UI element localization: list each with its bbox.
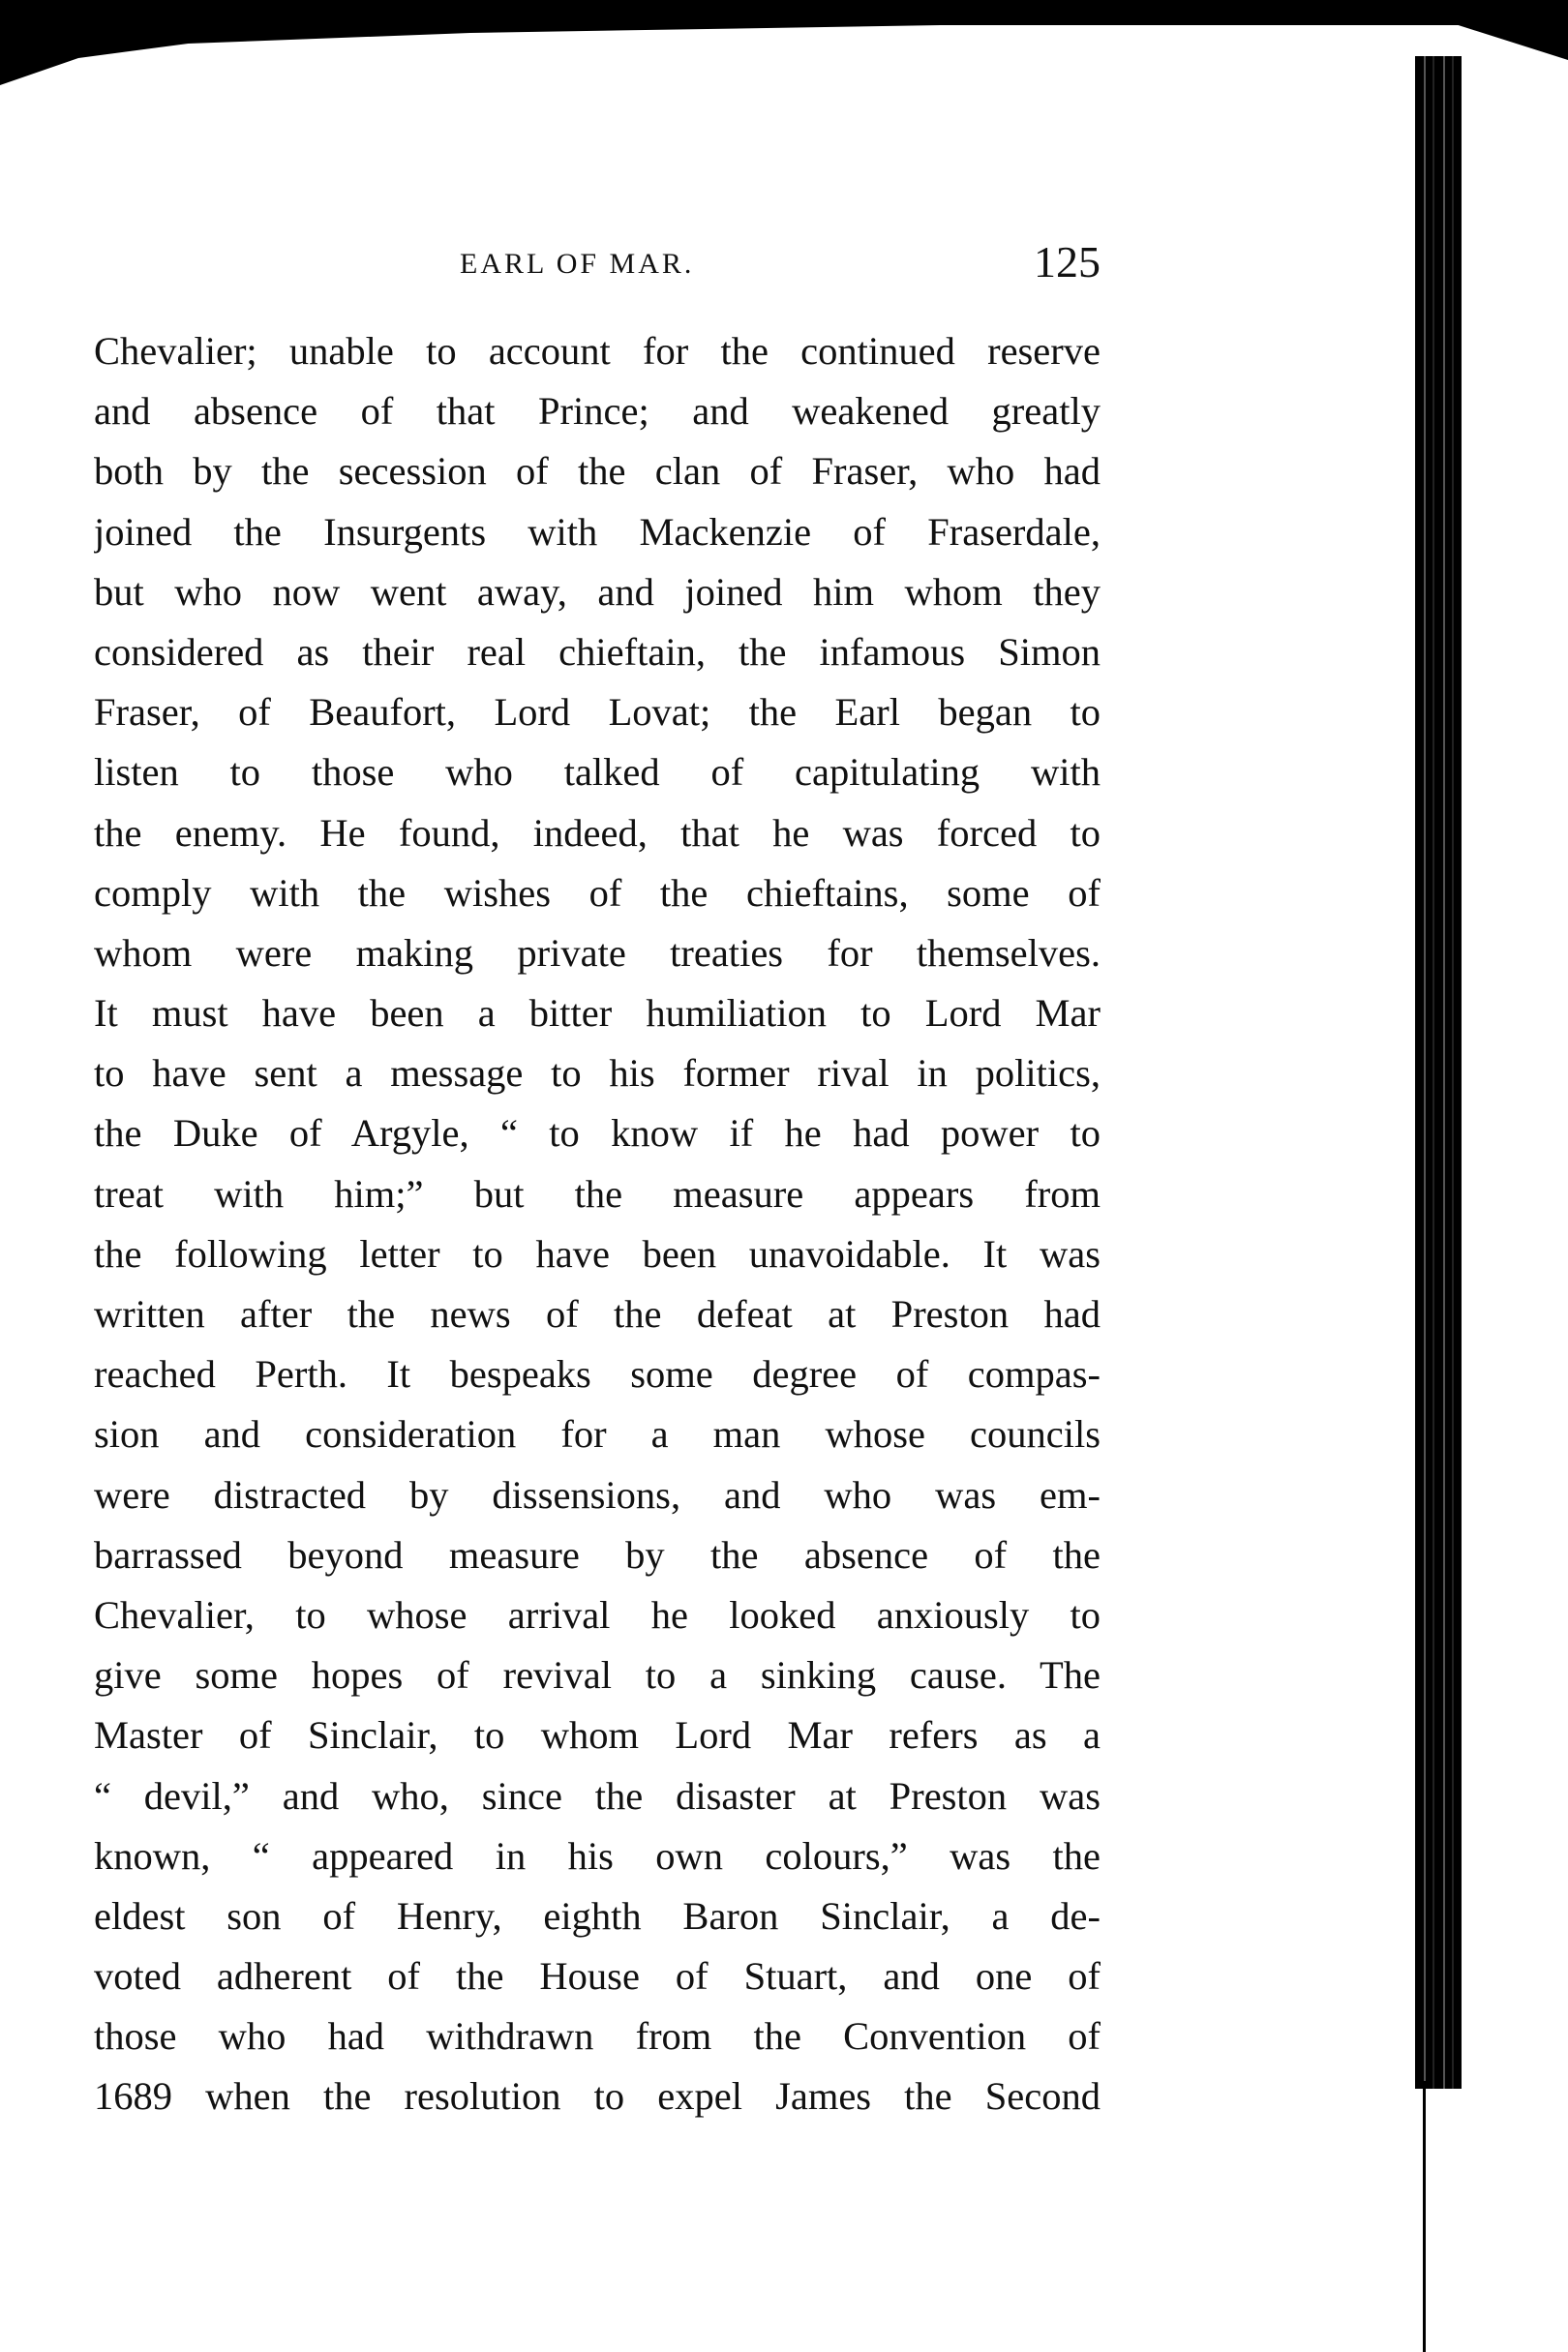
text-line: to have sent a message to his former riv… xyxy=(94,1043,1101,1103)
text-line: both by the secession of the clan of Fra… xyxy=(94,441,1101,501)
text-line: considered as their real chieftain, the … xyxy=(94,622,1101,682)
text-line: give some hopes of revival to a sinking … xyxy=(94,1645,1101,1705)
text-line: known, “ appeared in his own colours,” w… xyxy=(94,1826,1101,1886)
scan-shadow-top xyxy=(0,0,1568,136)
running-head: EARL OF MAR. 125 xyxy=(94,242,1101,290)
text-line: Chevalier; unable to account for the con… xyxy=(94,321,1101,381)
text-line: comply with the wishes of the chieftains… xyxy=(94,863,1101,923)
text-line: Chevalier, to whose arrival he looked an… xyxy=(94,1585,1101,1645)
text-line: It must have been a bitter humiliation t… xyxy=(94,983,1101,1043)
text-line: 1689 when the resolution to expel James … xyxy=(94,2066,1101,2126)
text-line: the enemy. He found, indeed, that he was… xyxy=(94,803,1101,863)
text-line: Fraser, of Beaufort, Lord Lovat; the Ear… xyxy=(94,682,1101,742)
running-title: EARL OF MAR. xyxy=(460,248,694,281)
text-line: sion and consideration for a man whose c… xyxy=(94,1404,1101,1464)
text-line: the Duke of Argyle, “ to know if he had … xyxy=(94,1103,1101,1163)
text-line: whom were making private treaties for th… xyxy=(94,923,1101,983)
text-line: eldest son of Henry, eighth Baron Sincla… xyxy=(94,1886,1101,1946)
text-line: barrassed beyond measure by the absence … xyxy=(94,1525,1101,1585)
text-line: and absence of that Prince; and weakened… xyxy=(94,381,1101,441)
text-line: were distracted by dissensions, and who … xyxy=(94,1465,1101,1525)
text-line: voted adherent of the House of Stuart, a… xyxy=(94,1946,1101,2006)
text-line: “ devil,” and who, since the disaster at… xyxy=(94,1766,1101,1826)
page-edge-line xyxy=(1423,2081,1426,2352)
page-number: 125 xyxy=(1034,236,1101,287)
text-line: those who had withdrawn from the Convent… xyxy=(94,2006,1101,2066)
text-line: written after the news of the defeat at … xyxy=(94,1284,1101,1344)
text-line: but who now went away, and joined him wh… xyxy=(94,562,1101,622)
text-line: reached Perth. It bespeaks some degree o… xyxy=(94,1344,1101,1404)
body-text: Chevalier; unable to account for the con… xyxy=(94,321,1101,2127)
text-line: joined the Insurgents with Mackenzie of … xyxy=(94,502,1101,562)
text-line: Master of Sinclair, to whom Lord Mar ref… xyxy=(94,1705,1101,1765)
text-line: listen to those who talked of capitulati… xyxy=(94,742,1101,802)
text-line: the following letter to have been unavoi… xyxy=(94,1224,1101,1284)
page-edge-shadow xyxy=(1415,56,1462,2089)
text-line: treat with him;” but the measure appears… xyxy=(94,1164,1101,1224)
